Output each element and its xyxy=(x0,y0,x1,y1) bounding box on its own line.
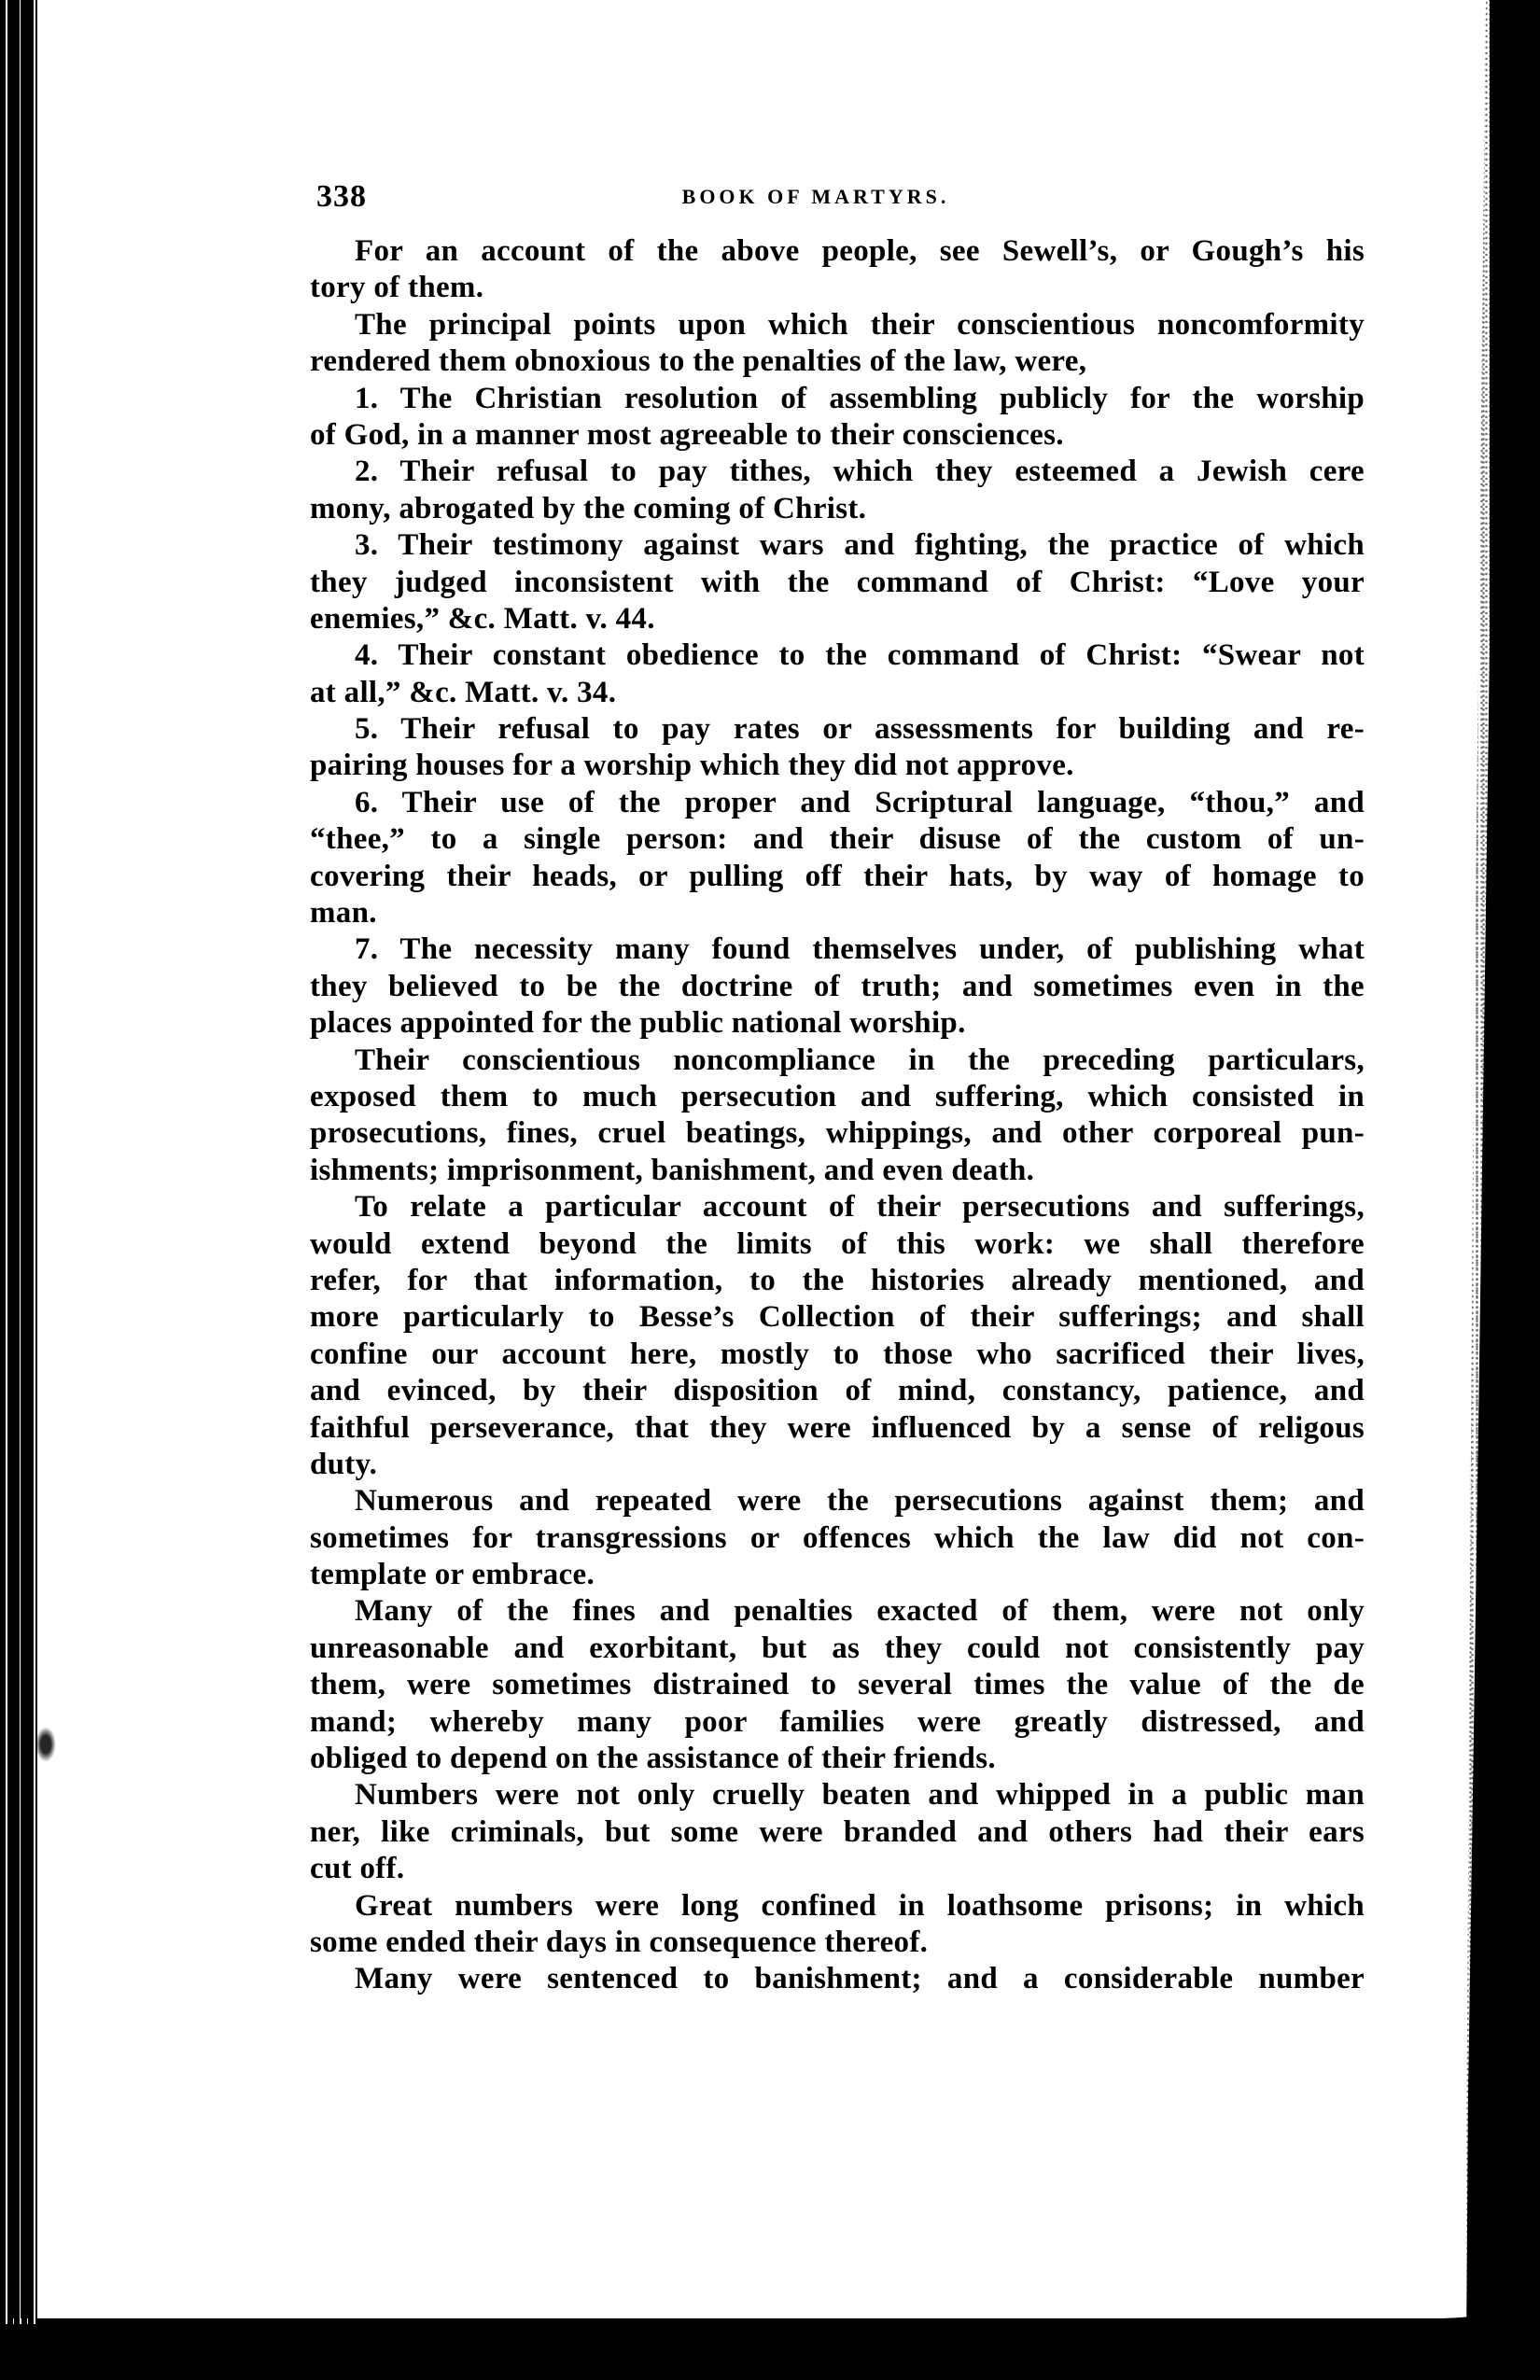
text-line: Numerous and repeated were the persecuti… xyxy=(310,1483,1365,1519)
text-line: “thee,” to a single person: and their di… xyxy=(310,821,1365,858)
text-line: refer, for that information, to the hist… xyxy=(310,1263,1365,1299)
text-line: they believed to be the doctrine of trut… xyxy=(310,969,1365,1005)
text-line: and evinced, by their disposition of min… xyxy=(310,1373,1365,1409)
text-line: obliged to depend on the assistance of t… xyxy=(310,1741,1365,1777)
text-line: faithful perseverance, that they were in… xyxy=(310,1410,1365,1447)
page-number: 338 xyxy=(316,179,367,215)
text-line: ishments; imprisonment, banishment, and … xyxy=(310,1153,1365,1189)
text-line: pairing houses for a worship which they … xyxy=(310,748,1365,784)
text-line: Many of the fines and penalties exacted … xyxy=(310,1593,1365,1630)
text-line: ner, like criminals, but some were brand… xyxy=(310,1814,1365,1851)
text-line: covering their heads, or pulling off the… xyxy=(310,859,1365,895)
text-line: them, were sometimes distrained to sever… xyxy=(310,1667,1365,1703)
text-line: confine our account here, mostly to thos… xyxy=(310,1337,1365,1373)
text-line: Their conscientious noncompliance in the… xyxy=(310,1043,1365,1079)
text-line: The principal points upon which their co… xyxy=(310,307,1365,343)
text-line: 7. The necessity many found themselves u… xyxy=(310,931,1365,968)
text-line: 2. Their refusal to pay tithes, which th… xyxy=(310,454,1365,490)
text-line: tory of them. xyxy=(310,270,1365,306)
text-line: mony, abrogated by the coming of Christ. xyxy=(310,491,1365,527)
text-line: of God, in a manner most agreeable to th… xyxy=(310,417,1365,454)
text-line: unreasonable and exorbitant, but as they… xyxy=(310,1631,1365,1667)
margin-smudge xyxy=(35,1727,56,1762)
scanned-page-background: 338 BOOK OF MARTYRS. For an account of t… xyxy=(0,0,1540,2380)
text-line: Numbers were not only cruelly beaten and… xyxy=(310,1777,1365,1813)
text-line: rendered them obnoxious to the penalties… xyxy=(310,343,1365,380)
running-head: BOOK OF MARTYRS. xyxy=(503,185,1128,209)
text-line: prosecutions, fines, cruel beatings, whi… xyxy=(310,1115,1365,1152)
text-line: sometimes for transgressions or offences… xyxy=(310,1520,1365,1557)
text-line: 1. The Christian resolution of assemblin… xyxy=(310,381,1365,417)
text-line: at all,” &c. Matt. v. 34. xyxy=(310,675,1365,711)
body-text: For an account of the above people, see … xyxy=(310,233,1365,1998)
text-line: they judged inconsistent with the comman… xyxy=(310,565,1365,601)
text-line: Great numbers were long confined in loat… xyxy=(310,1888,1365,1925)
text-line: To relate a particular account of their … xyxy=(310,1189,1365,1225)
text-line: template or embrace. xyxy=(310,1557,1365,1593)
text-line: places appointed for the public national… xyxy=(310,1005,1365,1042)
text-line: 4. Their constant obedience to the comma… xyxy=(310,637,1365,674)
text-line: 3. Their testimony against wars and figh… xyxy=(310,527,1365,564)
text-line: some ended their days in consequence the… xyxy=(310,1925,1365,1961)
book-page: 338 BOOK OF MARTYRS. For an account of t… xyxy=(34,0,1490,2318)
text-line: mand; whereby many poor families were gr… xyxy=(310,1704,1365,1741)
page-header: 338 BOOK OF MARTYRS. xyxy=(316,179,1343,213)
text-line: more particularly to Besse’s Collection … xyxy=(310,1299,1365,1336)
text-line: 6. Their use of the proper and Scriptura… xyxy=(310,785,1365,821)
text-line: would extend beyond the limits of this w… xyxy=(310,1226,1365,1263)
text-line: duty. xyxy=(310,1447,1365,1483)
text-line: For an account of the above people, see … xyxy=(310,233,1365,270)
text-line: cut off. xyxy=(310,1851,1365,1887)
binding-lines xyxy=(7,0,34,2318)
text-line: enemies,” &c. Matt. v. 44. xyxy=(310,601,1365,637)
text-line: man. xyxy=(310,895,1365,931)
text-line: Many were sentenced to banishment; and a… xyxy=(310,1961,1365,1997)
text-line: exposed them to much persecution and suf… xyxy=(310,1079,1365,1115)
text-line: 5. Their refusal to pay rates or assessm… xyxy=(310,711,1365,748)
